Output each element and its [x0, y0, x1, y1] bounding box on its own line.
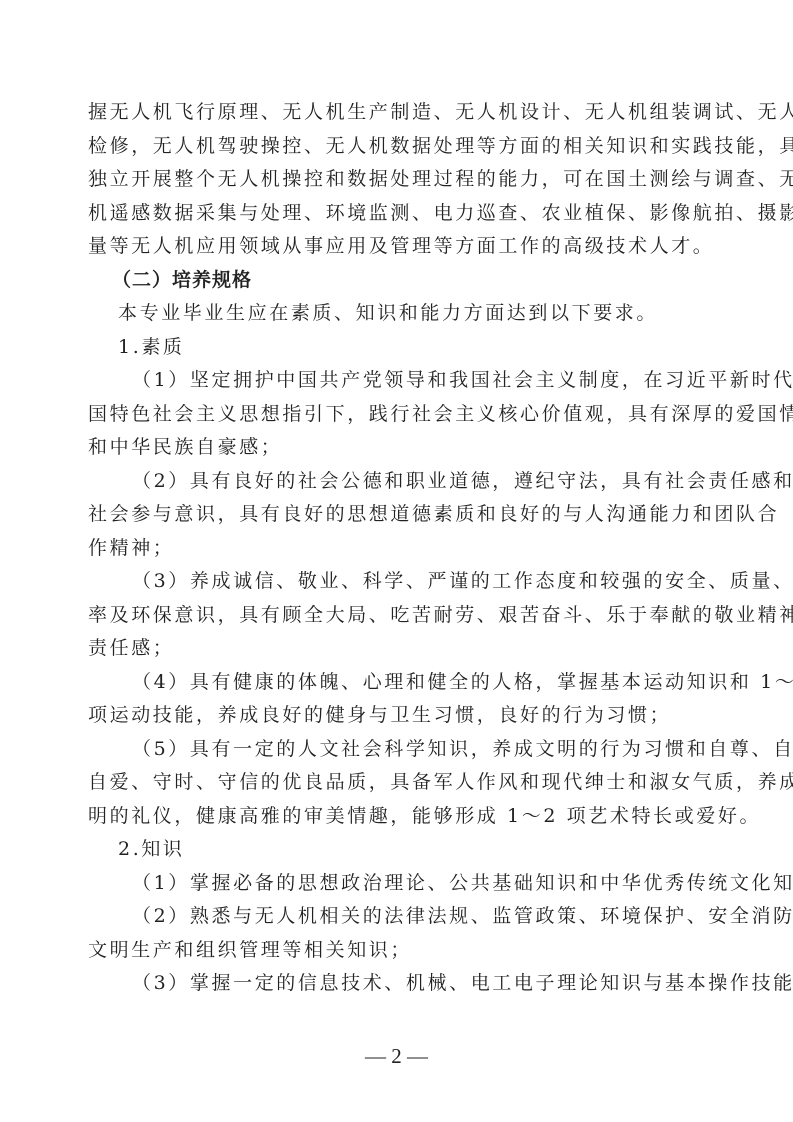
- subsection-title-knowledge: 2.知识: [88, 833, 712, 867]
- text-line: （5）具有一定的人文社会科学知识，养成文明的行为习惯和自尊、自强、: [88, 733, 712, 767]
- subsection-title-quality: 1.素质: [88, 331, 712, 365]
- text-line: （2）熟悉与无人机相关的法律法规、监管政策、环境保护、安全消防、: [88, 900, 712, 934]
- document-page: 握无人机飞行原理、无人机生产制造、无人机设计、无人机组装调试、无人机 检修，无人…: [0, 0, 793, 1122]
- text-line: 作精神；: [88, 532, 712, 566]
- text-line: （3）养成诚信、敬业、科学、严谨的工作态度和较强的安全、质量、效: [88, 565, 712, 599]
- intro-paragraph: 握无人机飞行原理、无人机生产制造、无人机设计、无人机组装调试、无人机 检修，无人…: [88, 96, 712, 264]
- quality-item-4: （4）具有健康的体魄、心理和健全的人格，掌握基本运动知识和 1～2 项运动技能，…: [88, 666, 712, 733]
- section-intro: 本专业毕业生应在素质、知识和能力方面达到以下要求。: [88, 297, 712, 331]
- text-line: 独立开展整个无人机操控和数据处理过程的能力，可在国土测绘与调查、无人: [88, 163, 712, 197]
- text-line: 检修，无人机驾驶操控、无人机数据处理等方面的相关知识和实践技能，具备: [88, 130, 712, 164]
- quality-item-3: （3）养成诚信、敬业、科学、严谨的工作态度和较强的安全、质量、效 率及环保意识，…: [88, 565, 712, 666]
- text-line: 明的礼仪，健康高雅的审美情趣，能够形成 1～2 项艺术特长或爱好。: [88, 800, 712, 834]
- knowledge-item-1: （1）掌握必备的思想政治理论、公共基础知识和中华优秀传统文化知识；: [88, 867, 712, 901]
- text-line: 责任感；: [88, 632, 712, 666]
- knowledge-item-2: （2）熟悉与无人机相关的法律法规、监管政策、环境保护、安全消防、 文明生产和组织…: [88, 900, 712, 967]
- text-line: 项运动技能，养成良好的健身与卫生习惯，良好的行为习惯；: [88, 699, 712, 733]
- text-line: （1）坚定拥护中国共产党领导和我国社会主义制度，在习近平新时代中: [88, 364, 712, 398]
- section-heading: （二）培养规格: [88, 264, 712, 298]
- page-body: 握无人机飞行原理、无人机生产制造、无人机设计、无人机组装调试、无人机 检修，无人…: [88, 96, 712, 1001]
- text-line: 国特色社会主义思想指引下，践行社会主义核心价值观，具有深厚的爱国情感: [88, 398, 712, 432]
- text-line: 自爱、守时、守信的优良品质，具备军人作风和现代绅士和淑女气质，养成文: [88, 766, 712, 800]
- text-line: （3）掌握一定的信息技术、机械、电工电子理论知识与基本操作技能；: [88, 967, 712, 1001]
- text-line: 握无人机飞行原理、无人机生产制造、无人机设计、无人机组装调试、无人机: [88, 96, 712, 130]
- text-line: 和中华民族自豪感；: [88, 431, 712, 465]
- page-number: — 2 —: [0, 1044, 793, 1069]
- knowledge-item-3: （3）掌握一定的信息技术、机械、电工电子理论知识与基本操作技能；: [88, 967, 712, 1001]
- quality-item-2: （2）具有良好的社会公德和职业道德，遵纪守法，具有社会责任感和 社会参与意识，具…: [88, 465, 712, 566]
- text-line: （4）具有健康的体魄、心理和健全的人格，掌握基本运动知识和 1～2: [88, 666, 712, 700]
- quality-item-5: （5）具有一定的人文社会科学知识，养成文明的行为习惯和自尊、自强、 自爱、守时、…: [88, 733, 712, 834]
- text-line: （2）具有良好的社会公德和职业道德，遵纪守法，具有社会责任感和: [88, 465, 712, 499]
- text-line: 机遥感数据采集与处理、环境监测、电力巡查、农业植保、影像航拍、摄影测: [88, 197, 712, 231]
- text-line: 社会参与意识，具有良好的思想道德素质和良好的与人沟通能力和团队合: [88, 498, 712, 532]
- text-line: 率及环保意识，具有顾全大局、吃苦耐劳、艰苦奋斗、乐于奉献的敬业精神和: [88, 599, 712, 633]
- text-line: 文明生产和组织管理等相关知识；: [88, 934, 712, 968]
- text-line: 量等无人机应用领域从事应用及管理等方面工作的高级技术人才。: [88, 230, 712, 264]
- text-line: （1）掌握必备的思想政治理论、公共基础知识和中华优秀传统文化知识；: [88, 867, 712, 901]
- quality-item-1: （1）坚定拥护中国共产党领导和我国社会主义制度，在习近平新时代中 国特色社会主义…: [88, 364, 712, 465]
